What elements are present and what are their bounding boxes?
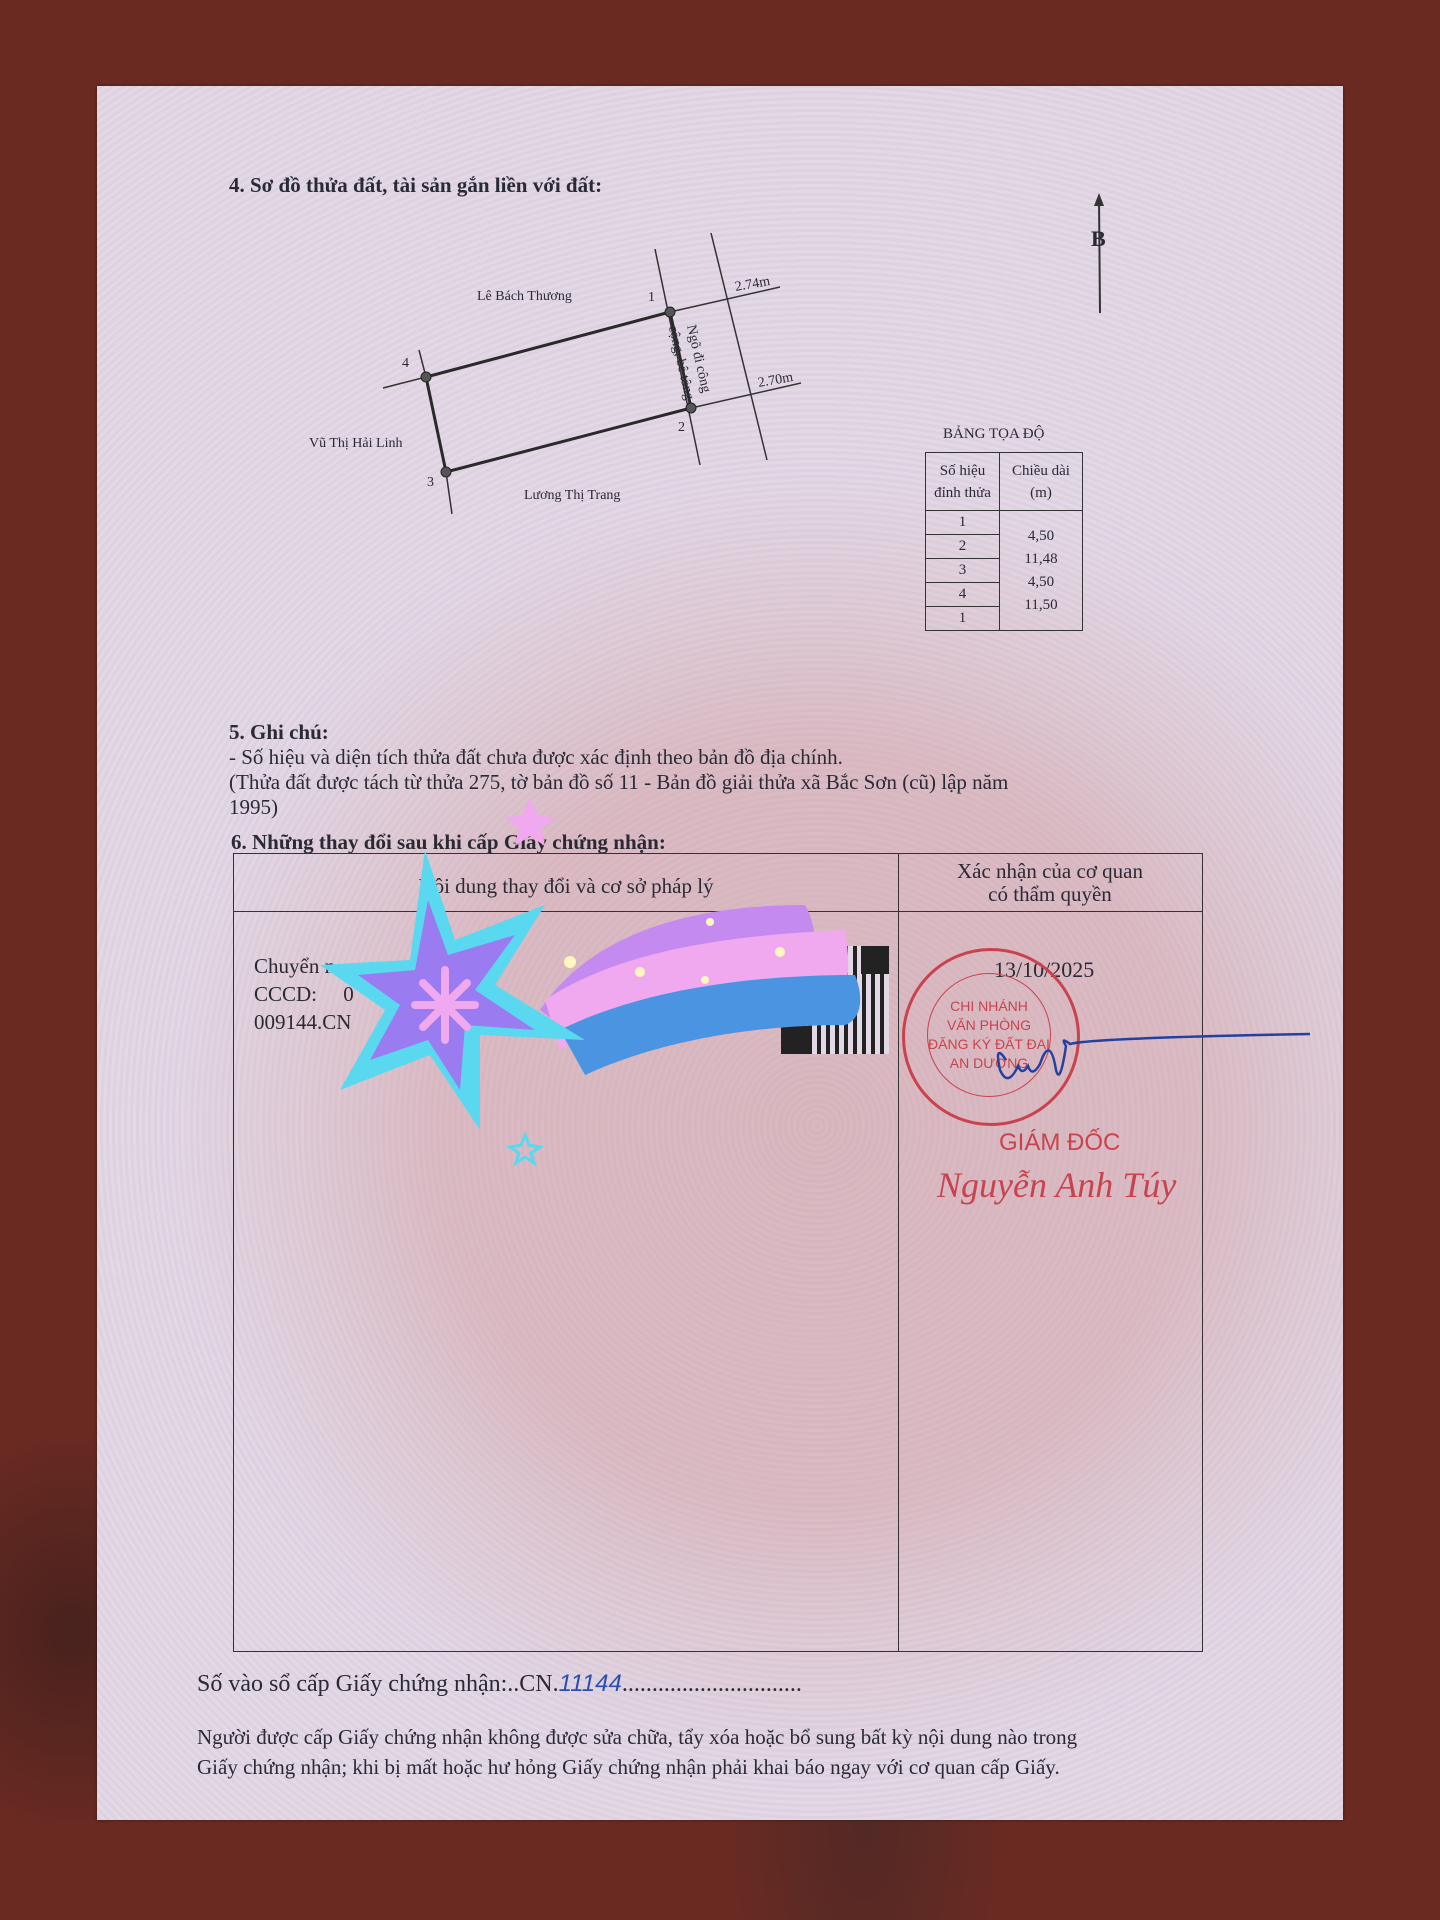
registry-line: Số vào sổ cấp Giấy chứng nhận:..CN.11144… (197, 1670, 802, 1698)
registry-number: 11144 (559, 1670, 622, 1697)
shooting-star-sticker (0, 0, 1440, 1920)
footer-notice: Người được cấp Giấy chứng nhận không đượ… (197, 1722, 1077, 1782)
